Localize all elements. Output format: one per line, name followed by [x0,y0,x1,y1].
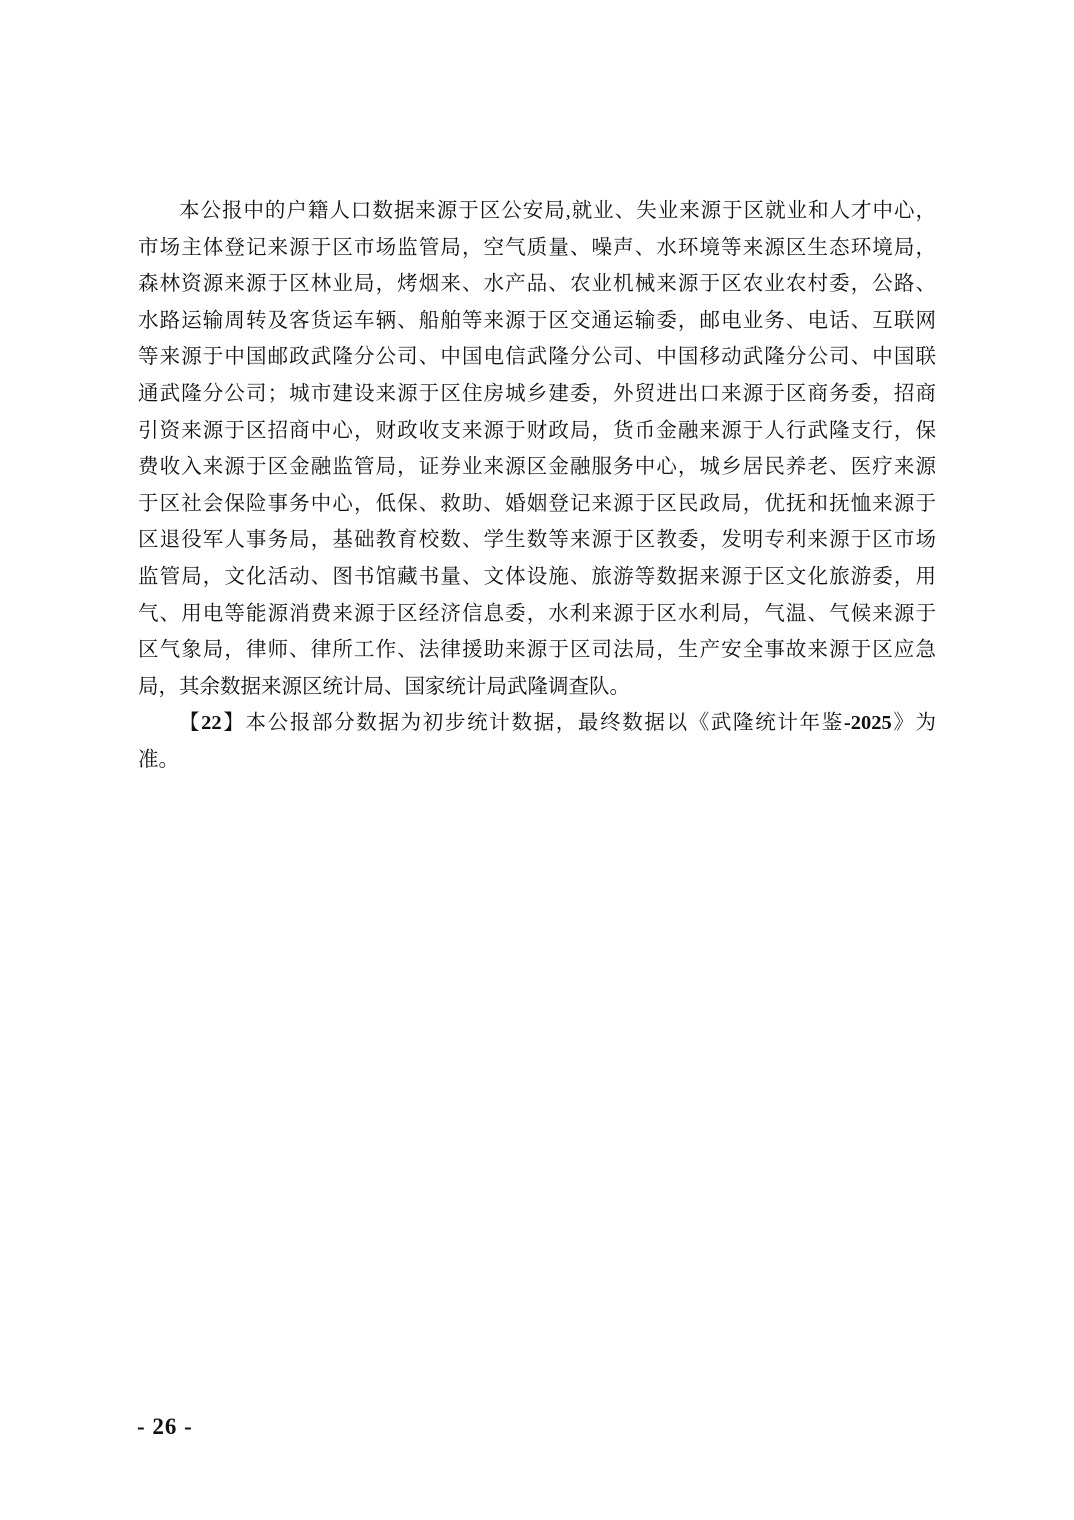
paragraph-last-line: 局，其余数据来源区统计局、国家统计局武隆调查队。 [138,669,936,706]
footnote-last-line: 准。 [138,742,936,779]
footnote-text-after-year: 》为 [892,712,936,734]
paragraph-line: 气、用电等能源消费来源于区经济信息委，水利来源于区水利局，气温、气候来源于 [138,596,936,633]
paragraph-line: 区退役军人事务局，基础教育校数、学生数等来源于区教委，发明专利来源于区市场 [138,522,936,559]
paragraph-line: 等来源于中国邮政武隆分公司、中国电信武隆分公司、中国移动武隆分公司、中国联 [138,339,936,376]
footnote-year: -2025 [844,712,892,734]
paragraph-line: 水路运输周转及客货运车辆、船舶等来源于区交通运输委，邮电业务、电话、互联网 [138,303,936,340]
paragraph-line: 市场主体登记来源于区市场监管局，空气质量、噪声、水环境等来源区生态环境局， [138,230,936,267]
paragraph-line: 于区社会保险事务中心，低保、救助、婚姻登记来源于区民政局，优抚和抚恤来源于 [138,486,936,523]
paragraph-line: 费收入来源于区金融监管局，证券业来源区金融服务中心，城乡居民养老、医疗来源 [138,449,936,486]
paragraph-line: 森林资源来源于区林业局，烤烟来、水产品、农业机械来源于区农业农村委，公路、 [138,266,936,303]
document-page: 本公报中的户籍人口数据来源于区公安局,就业、失业来源于区就业和人才中心， 市场主… [0,0,1074,1520]
paragraph-line: 本公报中的户籍人口数据来源于区公安局,就业、失业来源于区就业和人才中心， [138,193,936,230]
paragraph-line: 监管局，文化活动、图书馆藏书量、文体设施、旅游等数据来源于区文化旅游委，用 [138,559,936,596]
page-number: - 26 - [137,1412,193,1442]
footnote-number: 22 [201,712,222,734]
paragraph-line: 区气象局，律师、律所工作、法律援助来源于区司法局，生产安全事故来源于区应急 [138,632,936,669]
footnote-text-before-year: 本公报部分数据为初步统计数据，最终数据以《武隆统计年鉴 [246,712,844,734]
paragraph-line: 通武隆分公司；城市建设来源于区住房城乡建委，外贸进出口来源于区商务委，招商 [138,376,936,413]
footnote-bracket-close: 】 [222,712,246,734]
body-text: 本公报中的户籍人口数据来源于区公安局,就业、失业来源于区就业和人才中心， 市场主… [138,193,936,779]
footnote-bracket-open: 【 [179,712,201,734]
footnote-line: 【22】本公报部分数据为初步统计数据，最终数据以《武隆统计年鉴-2025》为 [138,705,936,742]
paragraph-line: 引资来源于区招商中心，财政收支来源于财政局，货币金融来源于人行武隆支行，保 [138,413,936,450]
